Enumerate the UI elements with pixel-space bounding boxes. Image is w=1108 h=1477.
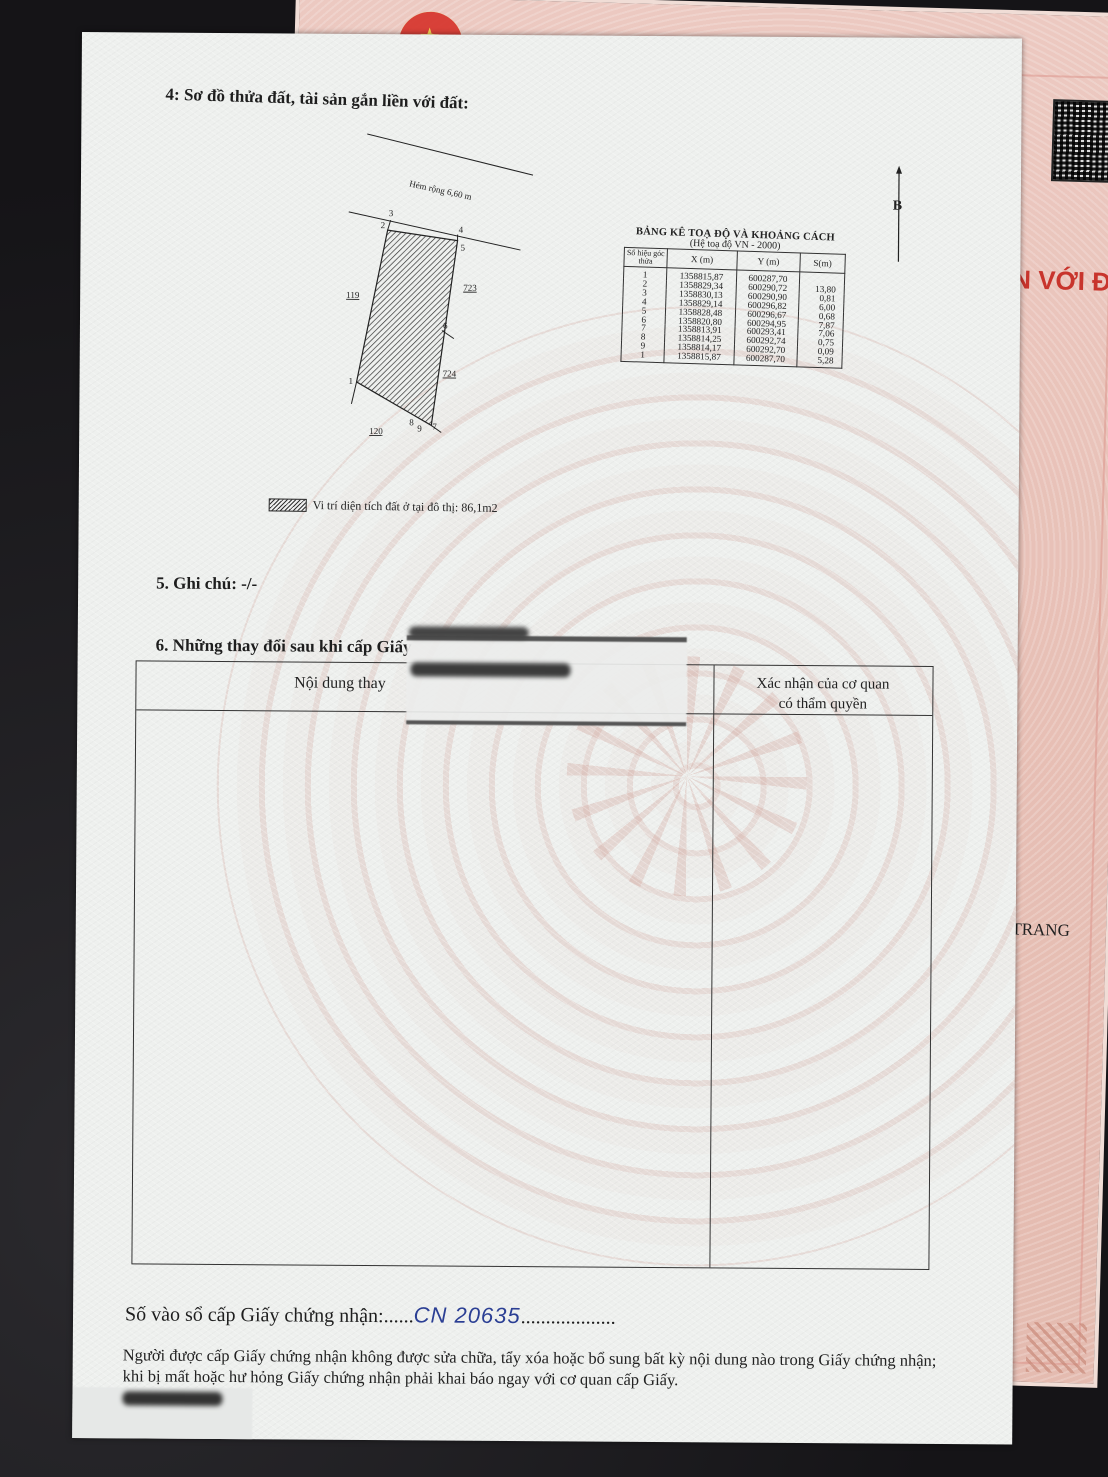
svg-text:724: 724 (443, 369, 457, 379)
section5-title: 5. Ghi chú: -/- (156, 574, 257, 595)
certificate-page: 4: Sơ đồ thửa đất, tài sản gắn liền với … (72, 32, 1022, 1445)
section6-title: 6. Những thay đổi sau khi cấp Giấy (156, 636, 412, 658)
corner-ornament (1026, 1322, 1087, 1374)
svg-text:8: 8 (409, 417, 414, 427)
certificate-title-partial: N VỚI Đ (1012, 264, 1108, 298)
svg-text:9: 9 (417, 423, 422, 433)
svg-text:2: 2 (381, 220, 386, 230)
svg-text:Hẻm rộng 6,60 m: Hẻm rộng 6,60 m (409, 178, 473, 201)
svg-text:7: 7 (432, 421, 437, 431)
svg-text:119: 119 (346, 290, 360, 300)
svg-text:5: 5 (460, 243, 465, 253)
redacted-area (406, 635, 687, 726)
changes-table: Nội dung thay Xác nhận của cơ quan có th… (131, 660, 933, 1270)
qr-code-icon (1051, 99, 1108, 183)
legend-text: Vi trí diện tích đất ở tại đô thị: 86,1m… (313, 498, 498, 516)
svg-text:B: B (893, 199, 902, 214)
coordinate-table-block: BẢNG KÊ TOẠ ĐỘ VÀ KHOẢNG CÁCH (Hệ toạ độ… (616, 226, 850, 369)
parcel-sketch: Hẻm rộng 6,60 m 3 2 4 5 6 7 9 8 1 119 72… (329, 104, 561, 436)
coordinate-table: Số hiệu góc thửa X (m) Y (m) S(m) 113588… (620, 247, 846, 369)
svg-text:6: 6 (443, 321, 448, 331)
registry-number-line: Số vào sổ cấp Giấy chứng nhận:......CN 2… (125, 1300, 616, 1329)
authority-confirmation-header: Xác nhận của cơ quan có thẩm quyền (713, 673, 932, 715)
hatch-swatch-icon (269, 498, 307, 512)
notice-text: Người được cấp Giấy chứng nhận không đượ… (123, 1344, 943, 1392)
north-arrow-icon: B (888, 166, 909, 262)
redacted-area-bottom (72, 1387, 252, 1445)
svg-text:723: 723 (463, 283, 477, 293)
svg-text:3: 3 (389, 208, 394, 218)
svg-text:1: 1 (349, 376, 354, 386)
column-divider (709, 665, 714, 1267)
registry-number-value: CN 20635 (414, 1302, 521, 1328)
svg-text:120: 120 (369, 426, 383, 436)
svg-text:4: 4 (459, 225, 464, 235)
